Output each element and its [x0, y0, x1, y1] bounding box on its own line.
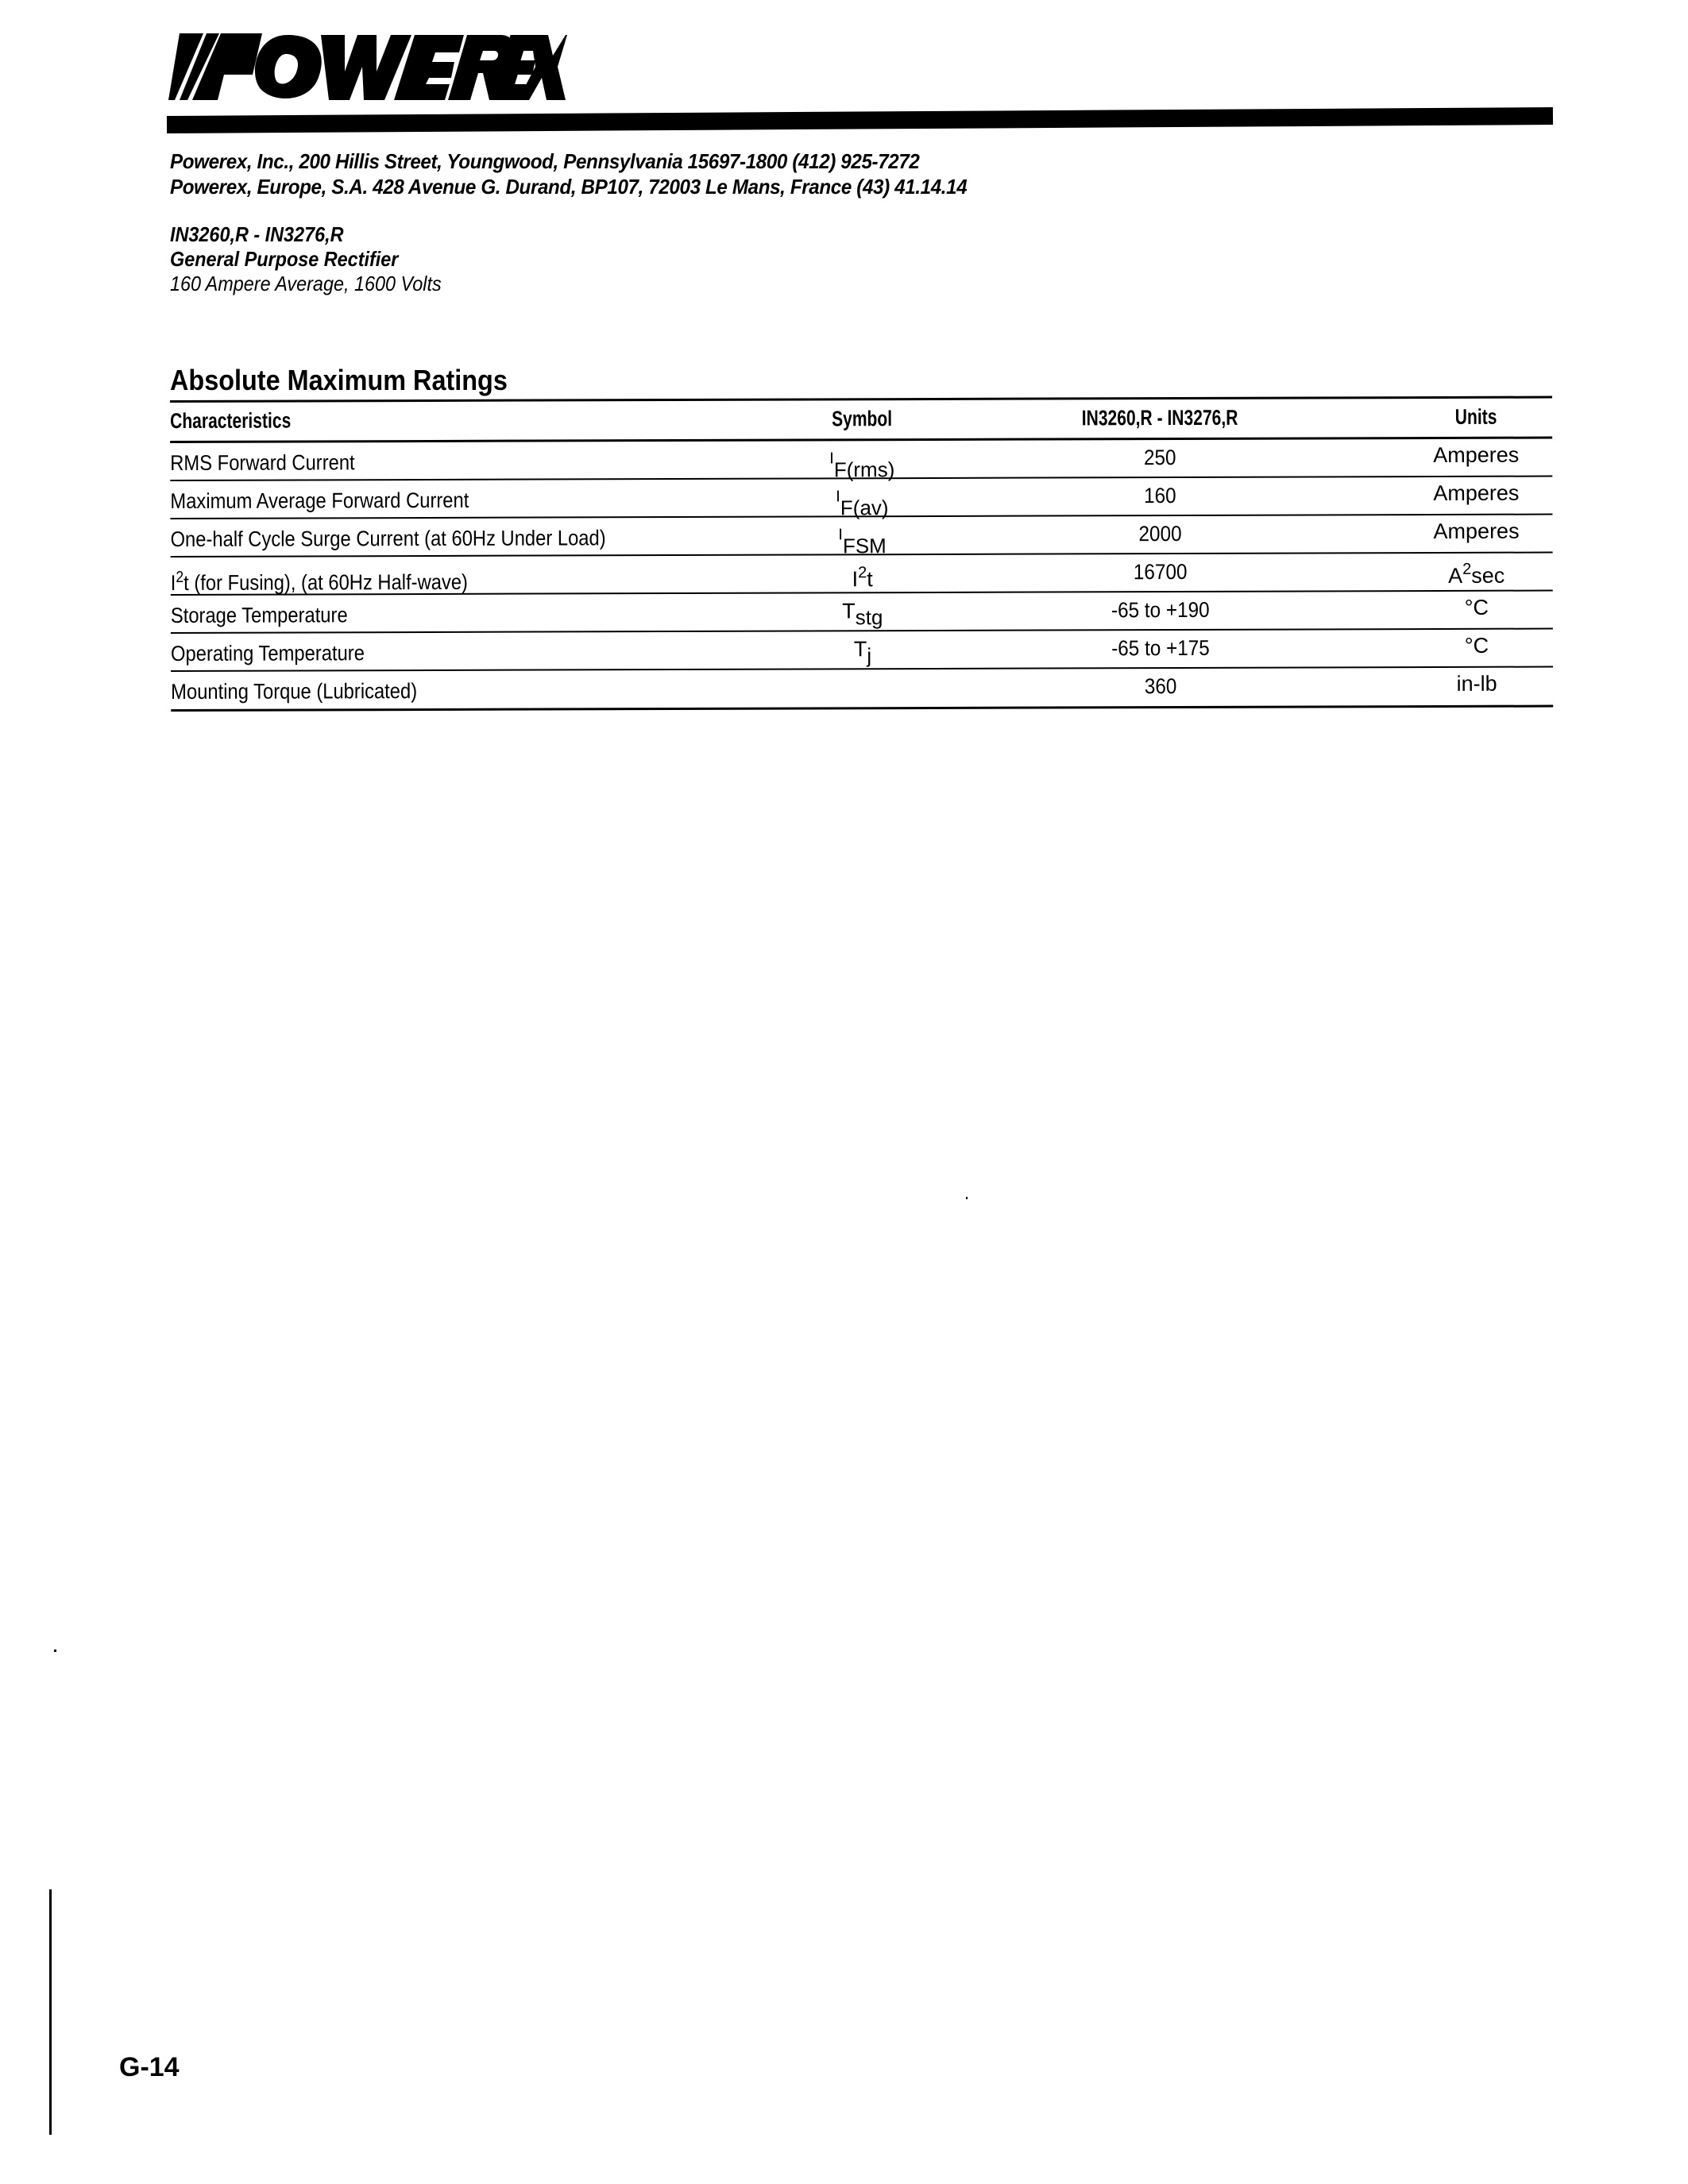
- characteristic-cell: Mounting Torque (Lubricated): [171, 678, 417, 704]
- characteristic-label: RMS Forward Current: [170, 450, 354, 475]
- unit: Amperes: [1433, 480, 1519, 506]
- column-header-part-range-label: IN3260,R - IN3276,R: [1082, 405, 1238, 431]
- characteristic-cell: I2t (for Fusing), (at 60Hz Half-wave): [171, 564, 468, 596]
- unit-base: Amperes: [1433, 481, 1519, 505]
- characteristic-label: Operating Temperature: [171, 641, 365, 666]
- page-number: G-14: [119, 2052, 180, 2082]
- address-europe: Powerex, Europe, S.A. 428 Avenue G. Dura…: [170, 175, 967, 199]
- rating-value: 16700: [1134, 559, 1188, 585]
- column-header-units-label: Units: [1455, 404, 1497, 430]
- unit-tail: sec: [1471, 564, 1505, 588]
- header-rule: [167, 107, 1553, 133]
- symbol: Tj: [854, 636, 871, 668]
- unit: °C: [1465, 595, 1489, 620]
- characteristic-cell: Maximum Average Forward Current: [170, 488, 469, 514]
- column-header-symbol-label: Symbol: [832, 406, 892, 431]
- rating-value: -65 to +190: [1111, 597, 1210, 623]
- rating-value: 160: [1144, 483, 1176, 508]
- column-header-characteristics: Characteristics: [170, 408, 291, 434]
- symbol-base: T: [842, 599, 856, 623]
- unit-base: °C: [1465, 596, 1489, 619]
- symbol-tail: t: [867, 567, 873, 591]
- characteristic-label: Mounting Torque (Lubricated): [171, 679, 417, 704]
- characteristic-cell: RMS Forward Current: [170, 450, 354, 476]
- unit: °C: [1465, 633, 1489, 658]
- unit: Amperes: [1433, 519, 1519, 544]
- symbol: Tstg: [842, 598, 883, 630]
- rating-value: 2000: [1138, 521, 1181, 546]
- rating-value: 360: [1145, 673, 1177, 699]
- characteristic-label: Storage Temperature: [171, 603, 348, 627]
- rating-value: 250: [1144, 445, 1176, 470]
- characteristic-label: Maximum Average Forward Current: [170, 488, 469, 513]
- powerex-logo-icon: [168, 32, 567, 103]
- address-us: Powerex, Inc., 200 Hillis Street, Youngw…: [170, 149, 920, 173]
- characteristic-cell: One-half Cycle Surge Current (at 60Hz Un…: [170, 525, 605, 552]
- rating-value: -65 to +175: [1111, 635, 1210, 661]
- characteristic-label: t (for Fusing), (at 60Hz Half-wave): [183, 570, 468, 595]
- unit: Amperes: [1433, 442, 1519, 468]
- unit: in-lb: [1457, 671, 1497, 696]
- characteristic-cell: Operating Temperature: [171, 640, 365, 666]
- unit-base: in-lb: [1457, 672, 1497, 696]
- scan-speck: [966, 1197, 968, 1199]
- characteristic-label: One-half Cycle Surge Current (at 60Hz Un…: [171, 526, 606, 551]
- unit-base: Amperes: [1433, 443, 1519, 467]
- powerex-logo: [168, 32, 567, 103]
- product-type: General Purpose Rectifier: [170, 247, 398, 271]
- characteristic-cell: Storage Temperature: [171, 602, 348, 628]
- symbol-sub: j: [867, 643, 871, 667]
- table-header-rule: [170, 437, 1552, 443]
- symbol-sub: stg: [856, 605, 883, 629]
- section-title: Absolute Maximum Ratings: [170, 364, 508, 397]
- unit-sup: 2: [1462, 561, 1471, 578]
- symbol: I2t: [852, 560, 873, 592]
- characteristic-superscript: 2: [176, 569, 183, 586]
- unit-base: Amperes: [1433, 519, 1519, 543]
- symbol-base: T: [854, 637, 867, 661]
- symbol-sup: 2: [858, 564, 867, 581]
- product-rating: 160 Ampere Average, 1600 Volts: [170, 272, 442, 295]
- unit: A2sec: [1448, 557, 1505, 588]
- scan-speck: [54, 1650, 56, 1652]
- part-numbers: IN3260,R - IN3276,R: [170, 222, 344, 246]
- unit-base: °C: [1465, 634, 1489, 658]
- unit-base: A: [1448, 564, 1462, 588]
- margin-line: [49, 1889, 52, 2135]
- table-bottom-rule: [171, 705, 1553, 712]
